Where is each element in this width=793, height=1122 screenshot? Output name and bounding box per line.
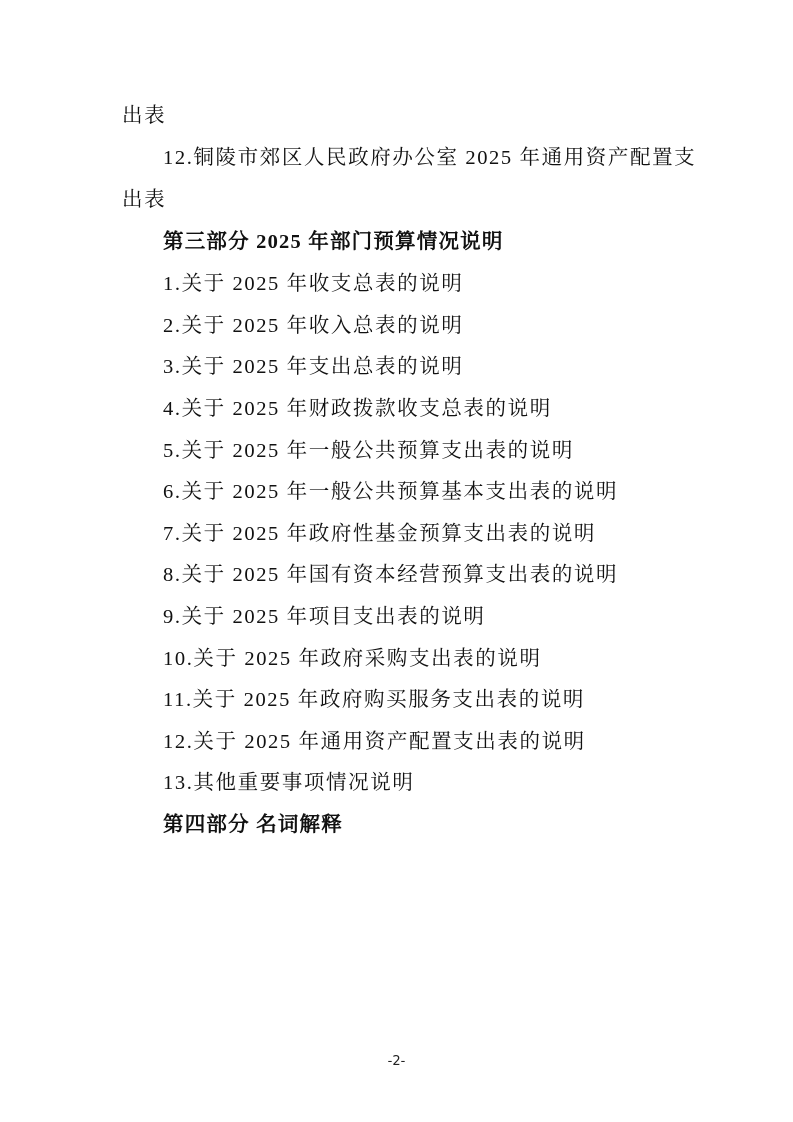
toc-item-4: 4.关于 2025 年财政拨款收支总表的说明 bbox=[163, 397, 552, 421]
toc-item-7: 7.关于 2025 年政府性基金预算支出表的说明 bbox=[163, 522, 596, 546]
page-number: -2- bbox=[0, 1054, 793, 1069]
toc-item-3: 3.关于 2025 年支出总表的说明 bbox=[163, 355, 463, 379]
toc-item-12-asset-allocation-table: 12.铜陵市郊区人民政府办公室 2025 年通用资产配置支 bbox=[163, 146, 696, 170]
toc-item-10: 10.关于 2025 年政府采购支出表的说明 bbox=[163, 647, 542, 671]
toc-item-5: 5.关于 2025 年一般公共预算支出表的说明 bbox=[163, 439, 574, 463]
toc-continuation-line: 出表 bbox=[122, 104, 166, 128]
toc-item-11: 11.关于 2025 年政府购买服务支出表的说明 bbox=[163, 688, 585, 712]
toc-item-8: 8.关于 2025 年国有资本经营预算支出表的说明 bbox=[163, 563, 618, 587]
toc-item-6: 6.关于 2025 年一般公共预算基本支出表的说明 bbox=[163, 480, 618, 504]
section-heading-part-three: 第三部分 2025 年部门预算情况说明 bbox=[163, 230, 504, 254]
toc-item-12: 12.关于 2025 年通用资产配置支出表的说明 bbox=[163, 730, 586, 754]
toc-item-1: 1.关于 2025 年收支总表的说明 bbox=[163, 272, 463, 296]
toc-continuation-line: 出表 bbox=[122, 188, 166, 212]
toc-item-13: 13.其他重要事项情况说明 bbox=[163, 771, 414, 795]
document-page: 出表 12.铜陵市郊区人民政府办公室 2025 年通用资产配置支 出表 第三部分… bbox=[0, 0, 793, 1122]
toc-item-9: 9.关于 2025 年项目支出表的说明 bbox=[163, 605, 486, 629]
section-heading-part-four: 第四部分 名词解释 bbox=[163, 813, 343, 837]
toc-item-2: 2.关于 2025 年收入总表的说明 bbox=[163, 314, 463, 338]
